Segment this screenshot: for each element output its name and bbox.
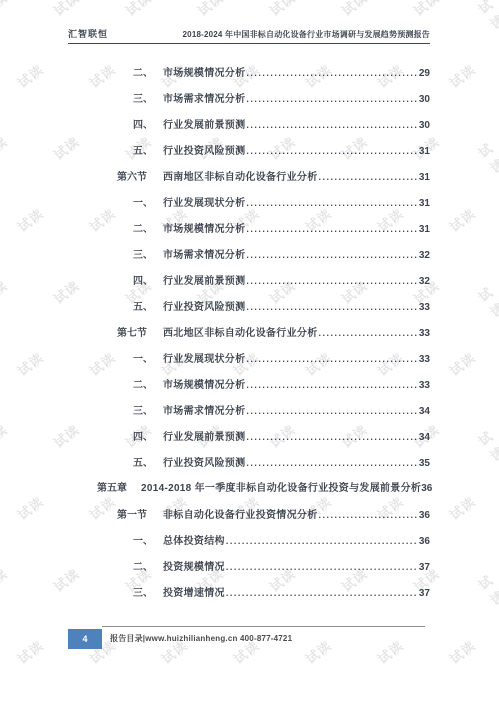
toc-entry-title: 市场需求情况分析 — [163, 243, 245, 269]
toc-entry-number: 一、 — [133, 529, 163, 555]
toc-entry-page: 30 — [419, 113, 430, 139]
toc-entry-page: 33 — [419, 321, 430, 347]
toc-entry-title: 行业投资风险预测 — [163, 139, 245, 165]
toc-entry[interactable]: 五、 行业投资风险预测 31 — [68, 138, 430, 164]
toc-entry-title: 市场需求情况分析 — [163, 87, 245, 113]
toc-entry-title: 行业发展前景预测 — [163, 425, 245, 451]
toc-leader-dots — [246, 112, 417, 139]
toc-entry-title: 西南地区非标自动化设备行业分析 — [163, 165, 318, 191]
toc-leader-dots — [319, 320, 418, 347]
watermark: 试读 — [474, 137, 499, 176]
toc-entry-page: 36 — [419, 503, 430, 529]
watermark: 试读 — [409, 0, 443, 20]
toc-entry-number: 二、 — [133, 373, 163, 399]
document-page: 试读试读试读试读试读试读试读试读试读试读试读试读试读试读试读试读试读试读试读试读… — [0, 0, 499, 706]
toc-entry[interactable]: 五、 行业投资风险预测 35 — [68, 450, 430, 476]
toc-entry[interactable]: 一、 行业发展现状分析 33 — [68, 346, 430, 372]
toc-entry-title: 行业发展前景预测 — [163, 269, 245, 295]
toc-entry-page: 34 — [419, 399, 430, 425]
toc-entry[interactable]: 三、 市场需求情况分析 30 — [68, 86, 430, 112]
toc-leader-dots — [246, 138, 417, 165]
toc-leader-dots — [319, 502, 418, 529]
toc-entry-page: 35 — [419, 451, 430, 477]
toc-entry-page: 32 — [419, 243, 430, 269]
page-header: 汇智联恒 2018-2024 年中国非标自动化设备行业市场调研与发展趋势预测报告 — [68, 27, 430, 44]
toc-entry-title: 行业发展前景预测 — [163, 113, 245, 139]
toc-entry-number: 第一节 — [117, 503, 163, 529]
toc-entry-title: 投资增速情况 — [163, 581, 225, 607]
toc-entry-number: 四、 — [133, 113, 163, 139]
toc-entry-page: 31 — [419, 217, 430, 243]
toc-entry[interactable]: 一、 行业发展现状分析 31 — [68, 190, 430, 216]
toc-entry-number: 三、 — [133, 243, 163, 269]
toc-entry-number: 第七节 — [117, 321, 163, 347]
toc-entry[interactable]: 一、 总体投资结构 36 — [68, 528, 430, 554]
watermark: 试读 — [265, 0, 299, 20]
watermark: 试读 — [0, 419, 11, 451]
watermark: 试读 — [445, 59, 479, 91]
toc-entry-page: 31 — [419, 191, 430, 217]
toc-entry[interactable]: 三、 市场需求情况分析 32 — [68, 242, 430, 268]
table-of-contents: 二、 市场规模情况分析 29 三、 市场需求情况分析 30 四、 行业发展前景预… — [68, 60, 430, 606]
toc-entry[interactable]: 第六节 西南地区非标自动化设备行业分析 31 — [68, 164, 430, 190]
toc-entry-page: 34 — [419, 425, 430, 451]
toc-leader-dots — [246, 424, 417, 451]
toc-entry-number: 三、 — [133, 87, 163, 113]
toc-entry-title: 行业投资风险预测 — [163, 295, 245, 321]
toc-entry-page: 36 — [419, 529, 430, 555]
watermark: 试读 — [193, 0, 227, 20]
watermark: 试读 — [474, 0, 499, 33]
toc-entry-title: 西北地区非标自动化设备行业分析 — [163, 321, 318, 347]
toc-leader-dots — [246, 398, 417, 425]
toc-entry-page: 29 — [419, 61, 430, 87]
toc-entry-number: 第五章 — [97, 476, 141, 502]
toc-entry[interactable]: 二、 投资规模情况 37 — [68, 554, 430, 580]
toc-entry[interactable]: 三、 投资增速情况 37 — [68, 580, 430, 606]
watermark: 试读 — [13, 491, 47, 523]
toc-entry-title: 市场需求情况分析 — [163, 399, 245, 425]
toc-entry[interactable]: 二、 市场规模情况分析 31 — [68, 216, 430, 242]
toc-entry-page: 37 — [419, 555, 430, 581]
watermark: 试读 — [0, 563, 11, 595]
toc-entry[interactable]: 二、 市场规模情况分析 33 — [68, 372, 430, 398]
company-name: 汇智联恒 — [68, 27, 108, 40]
toc-entry-title: 投资规模情况 — [163, 555, 225, 581]
toc-entry-number: 五、 — [133, 451, 163, 477]
toc-entry-page: 30 — [419, 87, 430, 113]
watermark: 试读 — [337, 0, 371, 20]
toc-entry-page: 32 — [419, 269, 430, 295]
toc-entry-title: 非标自动化设备行业投资情况分析 — [163, 503, 318, 529]
toc-entry-number: 二、 — [133, 61, 163, 87]
toc-entry-page: 37 — [419, 581, 430, 607]
watermark: 试读 — [13, 347, 47, 379]
toc-leader-dots — [246, 268, 417, 295]
toc-leader-dots — [246, 190, 417, 217]
toc-entry-title: 行业发展现状分析 — [163, 191, 245, 217]
toc-entry-number: 五、 — [133, 295, 163, 321]
watermark: 试读 — [474, 425, 499, 464]
page-number-badge: 4 — [68, 629, 102, 649]
toc-entry-title: 市场规模情况分析 — [163, 61, 245, 87]
toc-entry-number: 三、 — [133, 399, 163, 425]
toc-entry[interactable]: 第七节 西北地区非标自动化设备行业分析 33 — [68, 320, 430, 346]
watermark: 试读 — [445, 203, 479, 235]
toc-entry-number: 一、 — [133, 191, 163, 217]
toc-entry[interactable]: 四、 行业发展前景预测 30 — [68, 112, 430, 138]
toc-entry[interactable]: 第五章 2014-2018 年一季度非标自动化设备行业投资与发展前景分析 36 — [68, 476, 430, 502]
toc-entry-page: 36 — [421, 476, 432, 502]
watermark: 试读 — [49, 0, 83, 20]
toc-leader-dots — [226, 580, 418, 607]
toc-entry-number: 二、 — [133, 217, 163, 243]
toc-leader-dots — [246, 86, 417, 113]
watermark: 试读 — [474, 569, 499, 608]
watermark: 试读 — [301, 635, 335, 667]
toc-entry-title: 总体投资结构 — [163, 529, 225, 555]
toc-leader-dots — [246, 346, 417, 373]
watermark: 试读 — [13, 59, 47, 91]
toc-entry-number: 第六节 — [117, 165, 163, 191]
toc-entry-title: 行业投资风险预测 — [163, 451, 245, 477]
toc-entry-title: 市场规模情况分析 — [163, 373, 245, 399]
watermark: 试读 — [0, 0, 11, 20]
toc-entry-page: 33 — [419, 373, 430, 399]
toc-leader-dots — [246, 372, 417, 399]
watermark: 试读 — [474, 281, 499, 320]
toc-leader-dots — [246, 294, 417, 321]
toc-entry[interactable]: 三、 市场需求情况分析 34 — [68, 398, 430, 424]
watermark: 试读 — [445, 491, 479, 523]
toc-leader-dots — [246, 60, 417, 87]
watermark: 试读 — [373, 635, 407, 667]
watermark: 试读 — [0, 131, 11, 163]
toc-entry-number: 二、 — [133, 555, 163, 581]
toc-entry[interactable]: 五、 行业投资风险预测 33 — [68, 294, 430, 320]
toc-entry-page: 33 — [419, 295, 430, 321]
toc-leader-dots — [246, 450, 417, 477]
toc-leader-dots — [246, 242, 417, 269]
watermark: 试读 — [13, 203, 47, 235]
toc-entry-number: 五、 — [133, 139, 163, 165]
toc-entry-title: 行业发展现状分析 — [163, 347, 245, 373]
footer-divider — [102, 626, 425, 627]
toc-leader-dots — [226, 554, 418, 581]
toc-entry[interactable]: 二、 市场规模情况分析 29 — [68, 60, 430, 86]
toc-entry-number: 四、 — [133, 425, 163, 451]
toc-entry-page: 31 — [419, 165, 430, 191]
watermark: 试读 — [13, 635, 47, 667]
watermark: 试读 — [445, 347, 479, 379]
watermark: 试读 — [445, 635, 479, 667]
toc-entry-title: 市场规模情况分析 — [163, 217, 245, 243]
toc-leader-dots — [246, 216, 417, 243]
toc-leader-dots — [319, 164, 418, 191]
toc-entry[interactable]: 第一节 非标自动化设备行业投资情况分析 36 — [68, 502, 430, 528]
toc-entry[interactable]: 四、 行业发展前景预测 32 — [68, 268, 430, 294]
toc-leader-dots — [226, 528, 418, 555]
report-title: 2018-2024 年中国非标自动化设备行业市场调研与发展趋势预测报告 — [183, 29, 430, 40]
footer-info: 报告目录|www.huizhilianheng.cn 400-877-4721 — [110, 633, 292, 644]
toc-entry-number: 四、 — [133, 269, 163, 295]
toc-entry-number: 三、 — [133, 581, 163, 607]
toc-entry-page: 33 — [419, 347, 430, 373]
watermark: 试读 — [0, 275, 11, 307]
toc-entry-page: 31 — [419, 139, 430, 165]
toc-entry-number: 一、 — [133, 347, 163, 373]
watermark: 试读 — [121, 0, 155, 20]
toc-entry[interactable]: 四、 行业发展前景预测 34 — [68, 424, 430, 450]
toc-entry-title: 2014-2018 年一季度非标自动化设备行业投资与发展前景分析 — [141, 476, 421, 502]
